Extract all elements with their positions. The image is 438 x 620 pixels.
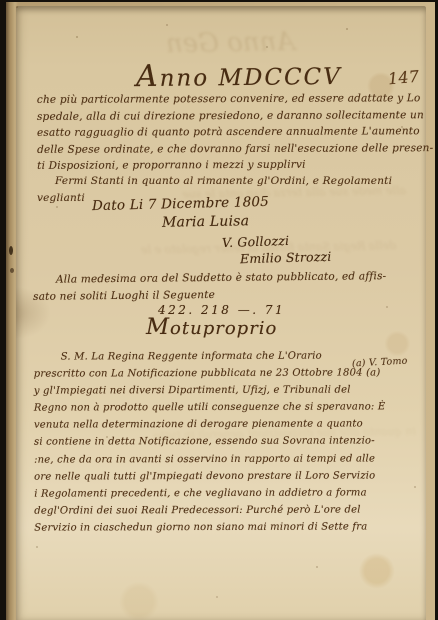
- manuscript-line: che più particolarmente potessero conven…: [37, 90, 433, 108]
- manuscript-line: Regno non à prodotto quelle utili conseg…: [34, 399, 386, 417]
- signature-countersign-2: Emilio Strozzi: [240, 249, 332, 266]
- manuscript-line: Servizio in ciaschedun giorno non siano …: [34, 518, 386, 536]
- year-heading: Anno MDCCCV: [136, 57, 342, 94]
- section-heading-motuproprio: Motuproprio: [146, 314, 277, 340]
- opening-paragraph: che più particolarmente potessero conven…: [37, 90, 434, 174]
- dateline: Dato Li 7 Dicembre 1805: [92, 194, 269, 214]
- manuscript-line: si contiene in detta Notificazione, esse…: [34, 433, 386, 451]
- manuscript-line: venuta nella determinazione di derogare …: [34, 416, 386, 434]
- manuscript-line: y gl'Impiegati nei diversi Dipartimenti,…: [34, 382, 386, 400]
- manuscript-line: sato nei soliti Luoghi il Seguente: [33, 285, 387, 305]
- bleedthrough-text: Anno Gen: [166, 27, 296, 59]
- manuscript-line: S. M. La Regina Reggente informata che L…: [34, 347, 386, 365]
- folio-number: 147: [387, 67, 420, 89]
- manuscript-line: prescritto con La Notificazione pubblica…: [34, 364, 386, 382]
- foxing-specks: [16, 6, 18, 8]
- signature-sovereign: Maria Luisa: [162, 213, 249, 231]
- manuscript-line: delle Spese ordinate, e che dovranno far…: [37, 140, 433, 158]
- manuscript-line: Fermi Stanti in quanto al rimanente gl'O…: [37, 173, 392, 190]
- publication-note: Alla medesima ora del Suddetto è stato p…: [33, 268, 387, 305]
- manuscript-line: ti Disposizioni, e proporranno i mezzi y…: [37, 156, 433, 174]
- manuscript-line: ore nelle quali tutti gl'Impiegati devon…: [34, 467, 386, 485]
- binding-ink-blot: [10, 268, 14, 273]
- manuscript-line: i Regolamenti precedenti, e che vegliava…: [34, 484, 386, 502]
- signature-countersign-1: V. Gollozzi: [222, 233, 290, 250]
- manuscript-page: Anno Gen alle mede sue alla terza disp o…: [16, 6, 426, 620]
- motuproprio-paragraph: S. M. La Regina Reggente informata che L…: [34, 347, 386, 536]
- manuscript-line: spedale, alla di cui direzione presiedon…: [37, 107, 433, 125]
- manuscript-line: esatto ragguaglio di quanto potrà ascend…: [37, 123, 433, 141]
- binding-ink-blot: [9, 246, 13, 255]
- manuscript-line: :ne, che da ora in avanti si osservino i…: [34, 450, 386, 468]
- manuscript-line: degl'Ordini dei suoi Reali Predecessori:…: [34, 501, 386, 519]
- margin-note: (a) V. Tomo: [352, 356, 408, 370]
- scanned-manuscript-photo: Anno Gen alle mede sue alla terza disp o…: [0, 0, 438, 620]
